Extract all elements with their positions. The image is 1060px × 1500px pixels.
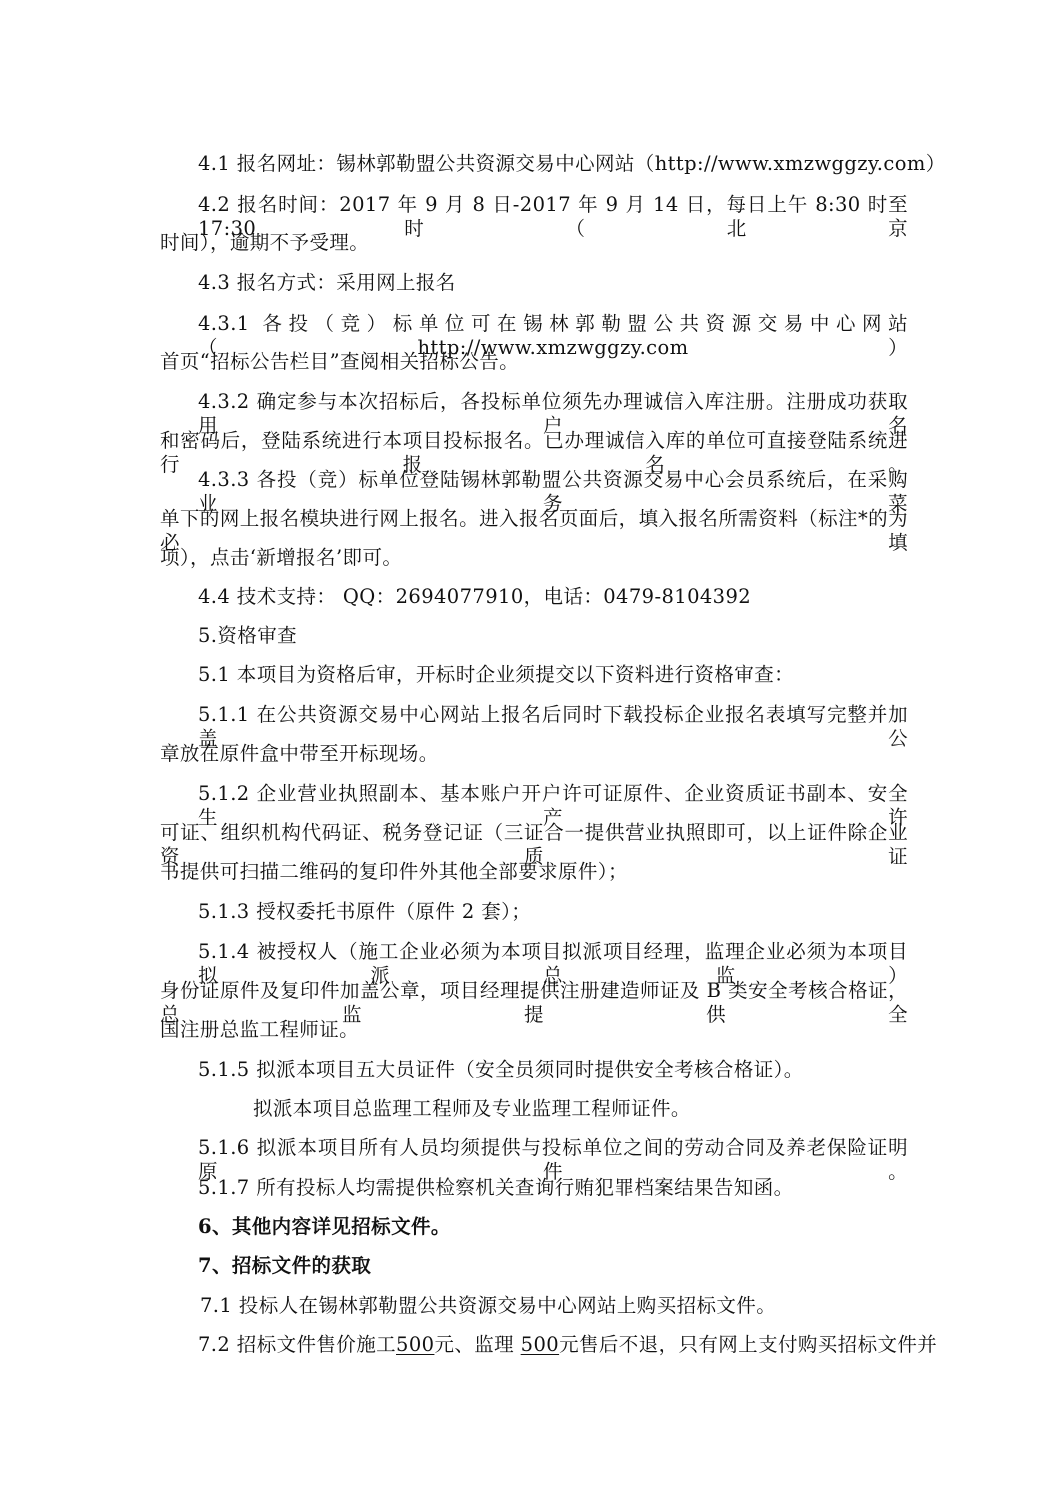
heading-5: 5.资格审查 [198, 624, 908, 648]
para-7-2-mid: 元、监理 [434, 1333, 514, 1356]
para-4-3: 4.3 报名方式：采用网上报名 [198, 271, 908, 295]
para-7-1: 7.1 投标人在锡林郭勒盟公共资源交易中心网站上购买招标文件。 [200, 1294, 910, 1318]
para-5-1-1-cont: 章放在原件盒中带至开标现场。 [160, 742, 908, 766]
price-supervision: 500 [521, 1333, 559, 1356]
para-4-4: 4.4 技术支持： QQ：2694077910，电话：0479-8104392 [198, 585, 908, 609]
para-5-1-5-sub: 拟派本项目总监理工程师及专业监理工程师证件。 [253, 1097, 1001, 1121]
para-5-1-2-end: 书提供可扫描二维码的复印件外其他全部要求原件）； [160, 860, 908, 884]
para-4-3-3-end: 项），点击‘新增报名’即可。 [160, 546, 908, 570]
heading-6: 6、其他内容详见招标文件。 [198, 1215, 908, 1239]
para-5-1-7: 5.1.7 所有投标人均需提供检察机关查询行贿犯罪档案结果告知函。 [198, 1176, 908, 1200]
para-5-1-3: 5.1.3 授权委托书原件（原件 2 套）； [198, 900, 908, 924]
para-7-2-prefix: 7.2 招标文件售价施工 [198, 1333, 396, 1356]
price-construction: 500 [396, 1333, 434, 1356]
para-5-1-5: 5.1.5 拟派本项目五大员证件（安全员须同时提供安全考核合格证）。 [198, 1058, 908, 1082]
para-7-2-suffix: 元售后不退，只有网上支付购买招标文件并 [559, 1333, 937, 1356]
para-5-1: 5.1 本项目为资格后审，开标时企业须提交以下资料进行资格审查： [198, 663, 908, 687]
document-page: 4.1 报名网址：锡林郭勒盟公共资源交易中心网站（http://www.xmzw… [0, 0, 1060, 1500]
para-7-2: 7.2 招标文件售价施工500元、监理 500元售后不退，只有网上支付购买招标文… [198, 1333, 908, 1357]
para-4-1: 4.1 报名网址：锡林郭勒盟公共资源交易中心网站（http://www.xmzw… [198, 152, 908, 176]
para-4-2-cont: 时间），逾期不予受理。 [160, 231, 908, 255]
heading-7: 7、招标文件的获取 [198, 1254, 908, 1278]
para-5-1-4-end: 国注册总监工程师证。 [160, 1018, 908, 1042]
para-4-3-1-cont: 首页“招标公告栏目”查阅相关招标公告。 [160, 350, 908, 374]
